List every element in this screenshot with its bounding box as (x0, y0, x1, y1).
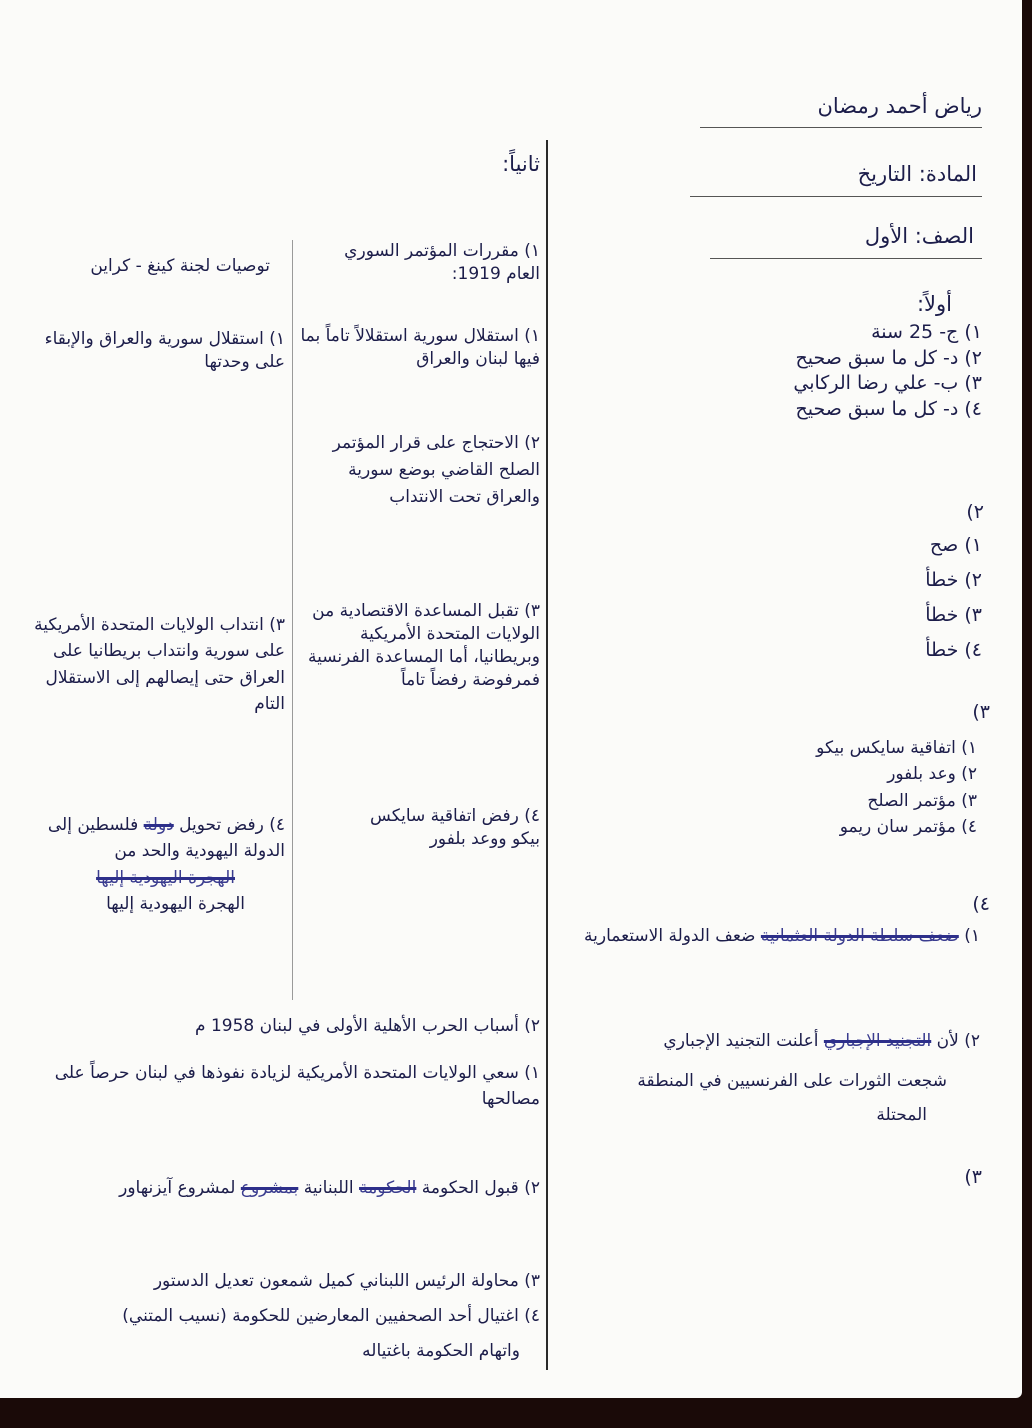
section-one-title: أولاً: (832, 290, 952, 318)
section-one-part3: ١) اتفاقية سايكس بيكو ٢) وعد بلفور ٣) مؤ… (727, 735, 977, 840)
civil-war-title: ٢) أسباب الحرب الأهلية الأولى في لبنان 1… (80, 1015, 540, 1038)
inner-column-divider (292, 240, 293, 1000)
main-column-divider (546, 140, 548, 1370)
part3-label: ٣) (930, 700, 990, 726)
true-false-item: ٢) خطأ (822, 563, 982, 598)
term-item: ٣) مؤتمر الصلح (727, 788, 977, 814)
civil-war-cause-2: ٢) قبول الحكومة الحكومة اللبنانية بمشروع… (5, 1175, 540, 1202)
part2-label: ٢) (924, 500, 984, 526)
subject-underline (690, 196, 982, 197)
answer-text: ضعف الدولة الاستعمارية (584, 926, 755, 946)
section-one-part1: ١) ج- 25 سنة ٢) د- كل ما سبق صحيح ٣) ب- … (722, 320, 982, 423)
item-number: ٢) لأن (937, 1031, 980, 1051)
grade-underline (710, 258, 982, 259)
civil-war-cause-3: ٣) محاولة الرئيس اللبناني كميل شمعون تعد… (5, 1270, 540, 1293)
part4-item3-label: ٣) (922, 1165, 982, 1191)
congress-item-4: ٤) رفض اتفاقية سايكس بيكو ووعد بلفور (340, 805, 540, 851)
congress-item-3: ٣) تقبل المساعدة الاقتصادية من الولايات … (305, 600, 540, 692)
answer-item: ١) ج- 25 سنة (722, 320, 982, 346)
crossed-out-text: الحكومة (359, 1178, 416, 1198)
item-text: الهجرة اليهودية إليها (5, 891, 245, 917)
congress-header: ١) مقررات المؤتمر السوري العام 1919: (310, 240, 540, 286)
congress-item-2: ٢) الاحتجاج على قرار المؤتمر الصلح القاض… (310, 430, 540, 512)
item-number: ١) (964, 926, 980, 946)
item-text: لمشروع آيزنهاور (119, 1178, 235, 1198)
part4-item2-line3: المحتلة (727, 1104, 927, 1127)
name-underline (700, 127, 982, 128)
commission-item-4: ٤) رفض تحويل دولة فلسطين إلى الدولة اليه… (5, 812, 285, 917)
answer-item: ٤) د- كل ما سبق صحيح (722, 397, 982, 423)
section-two-title: ثانياً: (460, 150, 540, 178)
true-false-item: ٣) خطأ (822, 598, 982, 633)
crossed-out-text: بمشروع (241, 1178, 298, 1198)
section-one-part2: ١) صح ٢) خطأ ٣) خطأ ٤) خطأ (822, 528, 982, 669)
civil-war-cause-4-line2: واتهام الحكومة باغتياله (200, 1340, 520, 1363)
true-false-item: ٤) خطأ (822, 633, 982, 668)
answer-item: ٢) د- كل ما سبق صحيح (722, 346, 982, 372)
term-item: ١) اتفاقية سايكس بيكو (727, 735, 977, 761)
answer-item: ٣) ب- علي رضا الركابي (722, 371, 982, 397)
crossed-out-text: ضعف سلطة الدولة العثمانية (761, 926, 959, 946)
item-text: اللبنانية (304, 1178, 354, 1198)
crossed-out-text: التجنيد الإجباري (824, 1031, 931, 1051)
congress-item-1: ١) استقلال سورية استقلالاً تاماً بما فيه… (300, 325, 540, 371)
student-name: رياض أحمد رمضان (662, 92, 982, 120)
answer-text: أعلنت التجنيد الإجباري (663, 1031, 818, 1051)
crossed-out-text: دولة (144, 815, 174, 835)
commission-item-1: ١) استقلال سورية والعراق والإبقاء على وح… (30, 328, 285, 374)
part4-label: ٤) (930, 892, 990, 918)
answer-sheet-page: رياض أحمد رمضان المادة: التاريخ الصف: ال… (0, 0, 1022, 1398)
civil-war-cause-1: ١) سعي الولايات المتحدة الأمريكية لزيادة… (15, 1060, 540, 1113)
grade-label: الصف: الأول (714, 222, 974, 250)
part4-item2: ٢) لأن التجنيد الإجباري أعلنت التجنيد ال… (540, 1030, 980, 1053)
term-item: ٢) وعد بلفور (727, 761, 977, 787)
item-text: ٢) قبول الحكومة (422, 1178, 540, 1198)
part4-item2-line2: شجعت الثورات على الفرنسيين في المنطقة (527, 1070, 947, 1093)
commission-header: توصيات لجنة كينغ - كراين (10, 255, 270, 278)
part4-item1: ١) ضعف سلطة الدولة العثمانية ضعف الدولة … (550, 925, 980, 948)
commission-item-3: ٣) انتداب الولايات المتحدة الأمريكية على… (15, 612, 285, 717)
term-item: ٤) مؤتمر سان ريمو (727, 814, 977, 840)
true-false-item: ١) صح (822, 528, 982, 563)
item-text: ٤) رفض تحويل (179, 815, 285, 835)
crossed-out-text: الهجرة اليهودية إليها (5, 865, 235, 891)
civil-war-cause-4: ٤) اغتيال أحد الصحفيين المعارضين للحكومة… (0, 1305, 540, 1328)
subject-label: المادة: التاريخ (717, 160, 977, 188)
